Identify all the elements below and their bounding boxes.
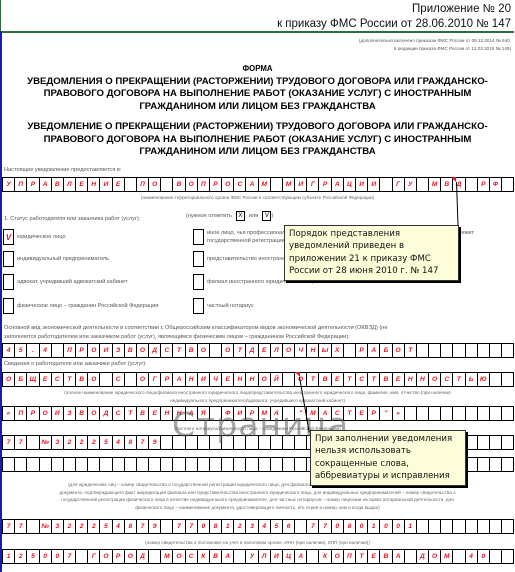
char-cell[interactable]: 5 <box>15 344 27 357</box>
char-cell[interactable]: Р <box>478 178 490 191</box>
char-cell[interactable]: О <box>283 344 295 357</box>
char-cell[interactable] <box>125 458 137 471</box>
char-cell[interactable]: М <box>259 178 271 191</box>
char-cell[interactable]: О <box>40 407 52 420</box>
char-cell[interactable] <box>27 436 39 449</box>
char-cell[interactable] <box>137 458 149 471</box>
char-cell[interactable]: Т <box>453 373 465 386</box>
char-cell[interactable]: 8 <box>344 520 356 533</box>
status-checkbox[interactable] <box>3 274 14 290</box>
char-cell[interactable]: Д <box>137 550 149 563</box>
char-cell[interactable] <box>417 344 429 357</box>
char-cell[interactable]: А <box>393 550 405 563</box>
char-cell[interactable]: 8 <box>210 520 222 533</box>
char-cell[interactable]: Р <box>27 407 39 420</box>
char-cell[interactable]: Р <box>356 344 368 357</box>
char-cell[interactable] <box>478 407 490 420</box>
char-cell[interactable] <box>453 550 465 563</box>
char-cell[interactable] <box>76 550 88 563</box>
char-cell[interactable]: 2 <box>76 436 88 449</box>
char-cell[interactable] <box>198 458 210 471</box>
char-cell[interactable]: » <box>393 407 405 420</box>
char-cell[interactable]: Д <box>100 407 112 420</box>
status-left-option[interactable]: Vюридическое лицо <box>3 229 173 245</box>
char-cell[interactable]: Т <box>125 407 137 420</box>
char-cell[interactable] <box>125 178 137 191</box>
char-cell[interactable] <box>307 550 319 563</box>
page-corner-rule <box>0 0 1 33</box>
char-cell[interactable]: Н <box>246 373 258 386</box>
char-cell[interactable]: И <box>52 407 64 420</box>
char-cell[interactable]: У <box>2 178 15 191</box>
char-cell[interactable] <box>259 458 271 471</box>
char-cell[interactable]: 1 <box>2 550 15 563</box>
char-cell[interactable] <box>405 550 417 563</box>
char-cell[interactable]: 3 <box>52 520 64 533</box>
char-cell[interactable]: С <box>356 373 368 386</box>
char-cell[interactable]: С <box>113 407 125 420</box>
char-cell[interactable]: Н <box>405 373 417 386</box>
char-cell[interactable]: 0 <box>478 550 490 563</box>
char-cell[interactable]: О <box>88 373 100 386</box>
status-right-option[interactable]: частный нотариус <box>193 298 483 314</box>
char-cell[interactable]: 1 <box>405 520 417 533</box>
char-cell[interactable]: . <box>27 344 39 357</box>
char-cell[interactable] <box>344 344 356 357</box>
char-cell[interactable]: О <box>198 344 210 357</box>
char-cell[interactable]: С <box>113 373 125 386</box>
edition-note: (дополнительно включено приказом ФМС Рос… <box>359 37 511 53</box>
char-cell[interactable] <box>490 407 502 420</box>
char-cell[interactable]: " <box>380 407 392 420</box>
char-cell[interactable] <box>125 373 137 386</box>
char-cell[interactable]: 1 <box>368 520 380 533</box>
char-cell[interactable] <box>478 436 490 449</box>
char-cell[interactable] <box>405 407 417 420</box>
char-cell[interactable] <box>453 407 465 420</box>
char-cell[interactable]: И <box>198 373 210 386</box>
char-cell[interactable]: 2 <box>64 520 76 533</box>
char-cell[interactable] <box>490 344 502 357</box>
char-cell[interactable] <box>186 458 198 471</box>
char-cell[interactable] <box>466 436 478 449</box>
char-cell[interactable]: 7 <box>319 520 331 533</box>
char-cell[interactable] <box>210 344 222 357</box>
char-cell[interactable] <box>173 458 185 471</box>
char-cell[interactable]: О <box>222 178 234 191</box>
char-cell[interactable]: О <box>137 373 149 386</box>
char-cell[interactable]: Ф <box>490 178 502 191</box>
char-cell[interactable]: З <box>64 407 76 420</box>
char-cell[interactable]: В <box>186 344 198 357</box>
char-cell[interactable] <box>429 407 441 420</box>
char-cell[interactable]: 2 <box>64 436 76 449</box>
char-cell[interactable]: 2 <box>88 520 100 533</box>
char-cell[interactable]: О <box>429 373 441 386</box>
char-cell[interactable]: Е <box>76 178 88 191</box>
char-cell[interactable] <box>417 407 429 420</box>
status-checkbox[interactable] <box>193 229 204 245</box>
char-cell[interactable]: 4 <box>2 344 15 357</box>
char-cell[interactable]: 8 <box>125 436 137 449</box>
char-cell[interactable]: 0 <box>356 520 368 533</box>
char-cell[interactable]: Р <box>161 373 173 386</box>
char-cell[interactable] <box>271 458 283 471</box>
char-cell[interactable]: М <box>441 550 453 563</box>
char-cell[interactable]: № <box>40 520 52 533</box>
char-cell[interactable]: Ч <box>295 344 307 357</box>
char-cell[interactable] <box>283 373 295 386</box>
char-cell[interactable]: Е <box>40 373 52 386</box>
char-cell[interactable]: 3 <box>246 520 258 533</box>
char-cell[interactable]: П <box>198 178 210 191</box>
char-cell[interactable] <box>295 520 307 533</box>
char-cell[interactable]: Т <box>234 344 246 357</box>
char-cell[interactable] <box>466 520 478 533</box>
char-cell[interactable]: 0 <box>198 520 210 533</box>
char-cell[interactable]: А <box>295 550 307 563</box>
char-cell[interactable] <box>27 520 39 533</box>
recipient-field[interactable]: УПРАВЛЕНИЕПОВОПРОСАММИГРАЦИИГУМВДРФ <box>2 177 514 192</box>
char-cell[interactable]: « <box>2 407 15 420</box>
char-cell[interactable] <box>234 550 246 563</box>
char-cell[interactable]: С <box>234 178 246 191</box>
char-cell[interactable]: Т <box>368 373 380 386</box>
char-cell[interactable]: 0 <box>332 520 344 533</box>
char-cell[interactable]: О <box>125 550 137 563</box>
char-cell[interactable]: 1 <box>222 520 234 533</box>
char-cell[interactable] <box>161 458 173 471</box>
status-checkbox[interactable] <box>3 298 14 314</box>
char-cell[interactable]: П <box>15 178 27 191</box>
char-cell[interactable]: 4 <box>259 520 271 533</box>
char-cell[interactable]: 2 <box>234 520 246 533</box>
char-cell[interactable]: О <box>2 373 15 386</box>
char-cell[interactable]: П <box>64 344 76 357</box>
char-cell[interactable]: Л <box>259 550 271 563</box>
char-cell[interactable]: 4 <box>466 550 478 563</box>
char-cell[interactable]: Р <box>368 407 380 420</box>
char-cell[interactable]: М <box>429 178 441 191</box>
char-cell[interactable]: 4 <box>113 520 125 533</box>
char-cell[interactable]: В <box>76 373 88 386</box>
status-checkbox[interactable]: V <box>3 229 14 245</box>
char-cell[interactable] <box>502 344 514 357</box>
char-cell[interactable] <box>490 550 502 563</box>
char-cell[interactable]: О <box>137 344 149 357</box>
char-cell[interactable] <box>417 178 429 191</box>
char-cell[interactable]: 7 <box>2 436 15 449</box>
status-checkbox[interactable] <box>193 274 204 290</box>
char-cell[interactable]: О <box>429 550 441 563</box>
char-cell[interactable]: С <box>441 373 453 386</box>
char-cell[interactable]: 0 <box>380 520 392 533</box>
char-cell[interactable]: А <box>173 373 185 386</box>
char-cell[interactable]: П <box>15 407 27 420</box>
char-cell[interactable]: 0 <box>393 520 405 533</box>
char-cell[interactable] <box>502 373 514 386</box>
char-cell[interactable]: В <box>137 407 149 420</box>
char-cell[interactable] <box>100 458 112 471</box>
char-cell[interactable] <box>161 178 173 191</box>
char-cell[interactable]: О <box>393 344 405 357</box>
char-cell[interactable]: 2 <box>76 520 88 533</box>
char-cell[interactable] <box>100 373 112 386</box>
char-cell[interactable]: 2 <box>88 436 100 449</box>
char-cell[interactable] <box>429 520 441 533</box>
char-cell[interactable] <box>466 178 478 191</box>
char-cell[interactable]: Е <box>149 407 161 420</box>
char-cell[interactable]: Л <box>64 178 76 191</box>
char-cell[interactable]: 7 <box>15 436 27 449</box>
char-cell[interactable]: Н <box>234 373 246 386</box>
char-cell[interactable]: 7 <box>64 550 76 563</box>
char-cell[interactable]: А <box>332 178 344 191</box>
char-cell[interactable]: С <box>52 373 64 386</box>
char-cell[interactable]: О <box>259 373 271 386</box>
char-cell[interactable]: 7 <box>173 520 185 533</box>
char-cell[interactable] <box>149 458 161 471</box>
char-cell[interactable]: В <box>319 373 331 386</box>
char-cell[interactable] <box>441 344 453 357</box>
char-cell[interactable]: О <box>222 344 234 357</box>
char-cell[interactable] <box>502 407 514 420</box>
char-cell[interactable]: Е <box>113 178 125 191</box>
char-cell[interactable]: А <box>222 550 234 563</box>
char-cell[interactable]: Н <box>417 373 429 386</box>
char-cell[interactable]: Ь <box>466 373 478 386</box>
char-cell[interactable] <box>502 436 514 449</box>
char-cell[interactable]: Ы <box>319 344 331 357</box>
char-cell[interactable]: О <box>332 550 344 563</box>
char-cell[interactable] <box>441 407 453 420</box>
char-cell[interactable]: Л <box>271 344 283 357</box>
char-cell[interactable]: 0 <box>52 550 64 563</box>
char-cell[interactable]: В <box>52 178 64 191</box>
char-cell[interactable] <box>490 458 502 471</box>
char-cell[interactable]: Т <box>307 373 319 386</box>
char-cell[interactable] <box>234 458 246 471</box>
char-cell[interactable]: 7 <box>137 436 149 449</box>
char-cell[interactable]: И <box>100 344 112 357</box>
char-cell[interactable] <box>453 344 465 357</box>
char-cell[interactable]: 7 <box>2 520 15 533</box>
char-cell[interactable]: Х <box>332 344 344 357</box>
char-cell[interactable] <box>2 458 15 471</box>
char-cell[interactable]: О <box>186 178 198 191</box>
char-cell[interactable] <box>478 458 490 471</box>
char-cell[interactable]: 7 <box>307 520 319 533</box>
char-cell[interactable]: 5 <box>271 520 283 533</box>
char-cell[interactable]: Е <box>259 344 271 357</box>
char-cell[interactable]: 7 <box>15 520 27 533</box>
char-cell[interactable]: 9 <box>149 520 161 533</box>
char-cell[interactable] <box>466 344 478 357</box>
char-cell[interactable]: О <box>100 550 112 563</box>
status-left-option[interactable]: индивидуальный предприниматель <box>3 251 173 267</box>
char-cell[interactable]: Р <box>76 344 88 357</box>
char-cell[interactable] <box>149 550 161 563</box>
char-cell[interactable]: О <box>88 407 100 420</box>
char-cell[interactable]: 2 <box>15 550 27 563</box>
char-cell[interactable] <box>295 458 307 471</box>
char-cell[interactable] <box>502 550 514 563</box>
char-cell[interactable]: Б <box>15 373 27 386</box>
char-cell[interactable] <box>441 520 453 533</box>
char-cell[interactable]: В <box>380 550 392 563</box>
char-cell[interactable]: И <box>368 178 380 191</box>
char-cell[interactable] <box>113 458 125 471</box>
char-cell[interactable]: В <box>210 550 222 563</box>
okved-field[interactable]: 45.4ПРОИЗВОДСТВООТДЕЛОЧНЫХРАБОТ <box>2 343 514 358</box>
char-cell[interactable]: 8 <box>125 520 137 533</box>
char-cell[interactable]: Т <box>173 344 185 357</box>
char-cell[interactable]: 5 <box>27 550 39 563</box>
char-cell[interactable]: И <box>356 178 368 191</box>
char-cell[interactable] <box>210 458 222 471</box>
char-cell[interactable]: О <box>88 344 100 357</box>
char-cell[interactable] <box>478 520 490 533</box>
char-cell[interactable] <box>283 458 295 471</box>
char-cell[interactable] <box>478 344 490 357</box>
char-cell[interactable]: И <box>271 550 283 563</box>
char-cell[interactable]: Щ <box>27 373 39 386</box>
char-cell[interactable] <box>502 458 514 471</box>
char-cell[interactable] <box>64 458 76 471</box>
char-cell[interactable]: В <box>380 373 392 386</box>
char-cell[interactable]: Т <box>405 344 417 357</box>
char-cell[interactable]: 6 <box>283 520 295 533</box>
char-cell[interactable]: Ю <box>478 373 490 386</box>
char-cell[interactable]: Е <box>368 550 380 563</box>
char-cell[interactable]: К <box>319 550 331 563</box>
status-option-label: индивидуальный предприниматель <box>17 255 109 263</box>
char-cell[interactable]: Н <box>186 373 198 386</box>
char-cell[interactable] <box>15 458 27 471</box>
status-left-option[interactable]: адвокат, учредивший адвокатский кабинет <box>3 274 173 290</box>
char-cell[interactable]: Е <box>393 373 405 386</box>
employer-name-field[interactable]: ОБЩЕСТВОСОГРАНИЧЕННОЙОТВЕТСТВЕННОСТЬЮ <box>2 372 514 387</box>
char-cell[interactable]: 3 <box>52 436 64 449</box>
char-cell[interactable]: С <box>186 550 198 563</box>
char-cell[interactable]: Д <box>149 344 161 357</box>
char-cell[interactable]: П <box>137 178 149 191</box>
char-cell[interactable]: К <box>198 550 210 563</box>
char-cell[interactable] <box>88 458 100 471</box>
char-cell[interactable] <box>490 436 502 449</box>
char-cell[interactable] <box>490 373 502 386</box>
char-cell[interactable]: Г <box>393 178 405 191</box>
char-cell[interactable] <box>466 407 478 420</box>
char-cell[interactable]: Р <box>113 550 125 563</box>
char-cell[interactable]: 4 <box>113 436 125 449</box>
char-cell[interactable]: 0 <box>40 550 52 563</box>
char-cell[interactable]: А <box>246 178 258 191</box>
char-cell[interactable] <box>76 458 88 471</box>
char-cell[interactable]: Н <box>88 178 100 191</box>
char-cell[interactable] <box>246 458 258 471</box>
char-cell[interactable]: Р <box>210 178 222 191</box>
char-cell[interactable]: В <box>76 407 88 420</box>
address-field[interactable]: 125007ГОРОДМОСКВАУЛИЦАКОПТЕВАДОМ40 <box>2 549 514 564</box>
char-cell[interactable]: 9 <box>149 436 161 449</box>
char-cell[interactable]: Е <box>356 407 368 420</box>
char-cell[interactable]: Ч <box>210 373 222 386</box>
char-cell[interactable]: Т <box>356 550 368 563</box>
char-cell[interactable] <box>490 520 502 533</box>
char-cell[interactable]: Ц <box>283 550 295 563</box>
char-cell[interactable]: № <box>40 436 52 449</box>
char-cell[interactable]: Ц <box>344 178 356 191</box>
char-cell[interactable] <box>52 344 64 357</box>
char-cell[interactable]: Г <box>88 550 100 563</box>
char-cell[interactable]: Б <box>380 344 392 357</box>
char-cell[interactable]: В <box>173 178 185 191</box>
char-cell[interactable]: Е <box>222 373 234 386</box>
char-cell[interactable] <box>466 458 478 471</box>
char-cell[interactable]: О <box>149 178 161 191</box>
char-cell[interactable] <box>502 520 514 533</box>
char-cell[interactable]: Г <box>307 178 319 191</box>
char-cell[interactable]: Р <box>27 178 39 191</box>
char-cell[interactable]: И <box>295 178 307 191</box>
char-cell[interactable]: С <box>161 344 173 357</box>
char-cell[interactable] <box>222 458 234 471</box>
char-cell[interactable]: Т <box>64 373 76 386</box>
char-cell[interactable]: Й <box>271 373 283 386</box>
tax-registration-field[interactable]: 77№3222548797708123456770801001 <box>2 519 514 534</box>
char-cell[interactable]: А <box>368 344 380 357</box>
char-cell[interactable] <box>40 458 52 471</box>
char-cell[interactable]: Т <box>344 373 356 386</box>
status-checkbox[interactable] <box>3 251 14 267</box>
char-cell[interactable]: У <box>246 550 258 563</box>
char-cell[interactable] <box>502 178 514 191</box>
char-cell[interactable]: 4 <box>40 344 52 357</box>
char-cell[interactable]: У <box>405 178 417 191</box>
char-cell[interactable]: М <box>161 550 173 563</box>
char-cell[interactable] <box>271 178 283 191</box>
status-checkbox[interactable] <box>193 251 204 267</box>
char-cell[interactable]: Р <box>319 178 331 191</box>
char-cell[interactable] <box>453 520 465 533</box>
status-left-option[interactable]: физическое лицо – гражданин Российской Ф… <box>3 298 173 314</box>
char-cell[interactable] <box>161 520 173 533</box>
char-cell[interactable]: И <box>100 178 112 191</box>
char-cell[interactable]: Е <box>332 373 344 386</box>
char-cell[interactable]: М <box>283 178 295 191</box>
char-cell[interactable]: Н <box>307 344 319 357</box>
char-cell[interactable]: 5 <box>100 436 112 449</box>
char-cell[interactable]: 7 <box>137 520 149 533</box>
char-cell[interactable]: О <box>173 550 185 563</box>
char-cell[interactable] <box>380 178 392 191</box>
status-checkbox[interactable] <box>193 298 204 314</box>
char-cell[interactable] <box>27 458 39 471</box>
char-cell[interactable] <box>429 344 441 357</box>
char-cell[interactable]: Д <box>417 550 429 563</box>
char-cell[interactable]: В <box>125 344 137 357</box>
char-cell[interactable]: П <box>344 550 356 563</box>
char-cell[interactable]: 5 <box>100 520 112 533</box>
char-cell[interactable] <box>52 458 64 471</box>
char-cell[interactable]: А <box>40 178 52 191</box>
char-cell[interactable]: Д <box>246 344 258 357</box>
char-cell[interactable]: 7 <box>186 520 198 533</box>
char-cell[interactable]: Г <box>149 373 161 386</box>
char-cell[interactable]: З <box>113 344 125 357</box>
char-cell[interactable] <box>417 520 429 533</box>
